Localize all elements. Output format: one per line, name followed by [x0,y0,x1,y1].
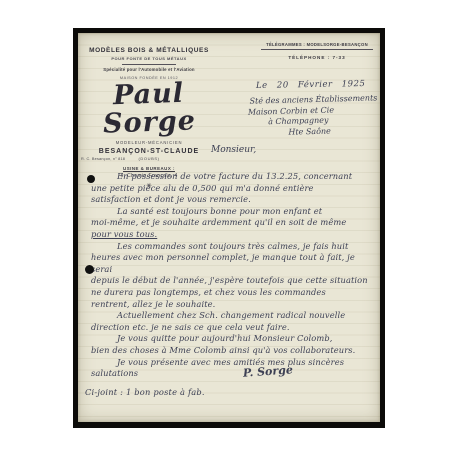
letterhead-job: MODELEUR-MÉCANICIEN [82,140,216,145]
telegrams-line: TÉLÉGRAMMES : MODELSORGE-BESANÇON [261,42,373,50]
salutation: Monsieur, [211,145,256,155]
body-line: ne durera pas longtemps, et chez vous le… [91,287,377,299]
body-line: une petite pièce alu de 0,500 qui m'a do… [91,183,377,195]
punch-hole [85,265,94,274]
contact-block: TÉLÉGRAMMES : MODELSORGE-BESANÇON TÉLÉPH… [261,42,373,60]
body-line: direction etc. je ne sais ce que cela ve… [91,322,377,334]
body-line: Les commandes sont toujours très calmes,… [91,241,377,253]
framed-letter-photo: MODÈLES BOIS & MÉTALLIQUES POUR FONTE DE… [73,28,385,428]
letterhead: MODÈLES BOIS & MÉTALLIQUES POUR FONTE DE… [82,47,216,190]
letterhead-title: MODÈLES BOIS & MÉTALLIQUES [82,47,216,54]
recipient-block: Sté des anciens Établissements Maison Co… [249,93,378,138]
letter-paper: MODÈLES BOIS & MÉTALLIQUES POUR FONTE DE… [78,33,380,422]
body-line: En possession de votre facture du 13.2.2… [91,171,377,183]
body-line: La santé est toujours bonne pour mon enf… [91,206,377,218]
company-name-script: Paul Sorge [81,79,217,140]
body-line: Je vous quitte pour aujourd'hui Monsieur… [91,333,377,345]
body-line: depuis le début de l'année, j'espère tou… [91,275,377,287]
telephone-line: TÉLÉPHONE : 7-33 [261,55,373,60]
body-line: satisfaction et dont je vous remercie. [91,194,377,206]
body-line: bien des choses à Mme Colomb ainsi qu'à … [91,345,377,357]
punch-hole [87,175,95,183]
letterhead-city: BESANÇON-ST-CLAUDE [82,148,216,155]
registry-number: R. C. Besançon, n° 818 [81,157,125,161]
body-line: Je vous présente avec mes amitiés mes pl… [91,357,377,369]
letterhead-subtitle: POUR FONTE DE TOUS MÉTAUX [82,56,216,61]
letterhead-specialty: Spécialité pour l'Automobile et l'Aviati… [82,67,216,72]
recipient-line: Hte Saône [288,125,378,138]
body-line: moi-même, et je souhaite ardemment qu'il… [91,217,377,229]
body-line: pour vous tous. [91,229,377,241]
letterhead-divider [122,64,176,65]
postscript: Ci-joint : 1 bon poste à fab. [85,387,205,397]
body-line: rentrent, allez je le souhaite. [91,299,377,311]
body-line: heures avec mon personnel complet, je ma… [91,252,377,275]
handwritten-date: Le 20 Février 1925 [256,79,366,91]
letter-body: En possession de votre facture du 13.2.2… [91,171,377,380]
body-line: salutations [91,368,377,380]
body-line: Actuellement chez Sch. changement radica… [91,310,377,322]
